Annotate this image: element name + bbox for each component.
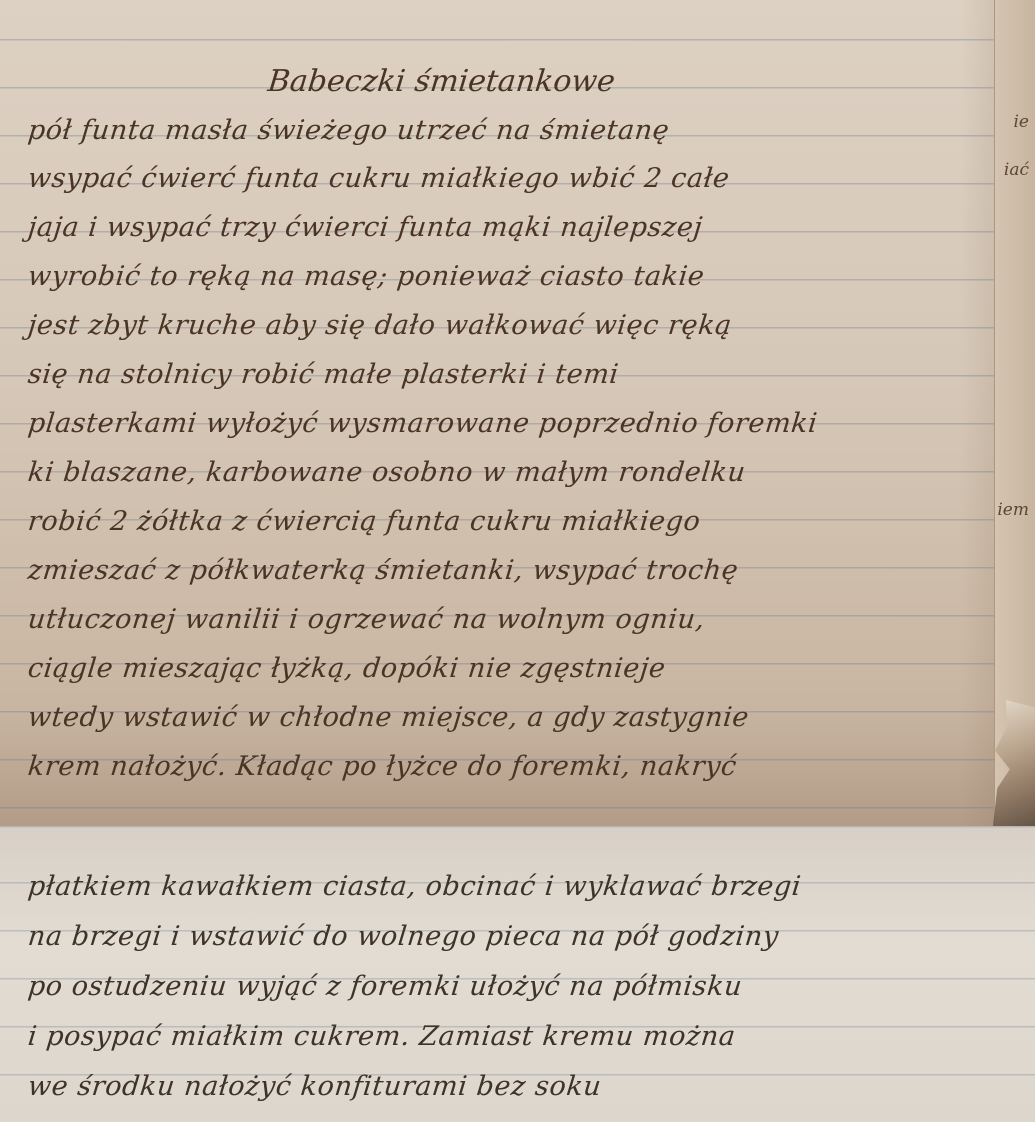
handwritten-line: plasterkami wyłożyć wysmarowane poprzedn…	[26, 408, 819, 439]
handwritten-line: jest zbyt kruche aby się dało wałkować w…	[26, 310, 733, 341]
margin-fragment: iem	[997, 500, 1029, 520]
handwritten-line: we środku nałożyć konfiturami bez soku	[26, 1071, 603, 1102]
handwritten-line: i posypać miałkim cukrem. Zamiast kremu …	[26, 1021, 737, 1052]
recipe-title: Babeczki śmietankowe	[266, 64, 617, 99]
notebook-page-photo-bottom: płatkiem kawałkiem ciasta, obcinać i wyk…	[0, 826, 1035, 1122]
handwritten-line: utłuczonej wanilii i ogrzewać na wolnym …	[26, 604, 706, 635]
handwritten-line: wsypać ćwierć funta cukru miałkiego wbić…	[26, 163, 731, 194]
handwritten-line: po ostudzeniu wyjąć z foremki ułożyć na …	[26, 971, 743, 1002]
handwritten-line: ki blaszane, karbowane osobno w małym ro…	[26, 457, 747, 488]
handwritten-line: na brzegi i wstawić do wolnego pieca na …	[26, 921, 780, 952]
margin-fragment: iać	[1004, 160, 1029, 180]
margin-fragment: ie	[1014, 112, 1030, 132]
handwritten-line: się na stolnicy robić małe plasterki i t…	[26, 359, 620, 390]
handwritten-line: wtedy wstawić w chłodne miejsce, a gdy z…	[26, 702, 750, 733]
handwritten-line: pół funta masła świeżego utrzeć na śmiet…	[26, 115, 671, 146]
handwritten-line: zmieszać z półkwaterką śmietanki, wsypać…	[26, 555, 740, 586]
handwritten-line: płatkiem kawałkiem ciasta, obcinać i wyk…	[26, 871, 802, 902]
notebook-page-photo-top: ie iać iem Babeczki śmietankowe pół funt…	[0, 0, 1035, 826]
handwritten-line: ciągle mieszając łyżką, dopóki nie zgęst…	[26, 653, 667, 684]
handwritten-line: robić 2 żółtka z ćwiercią funta cukru mi…	[26, 506, 702, 537]
adjacent-page-margin: ie iać iem	[994, 0, 1035, 826]
handwritten-line: krem nałożyć. Kładąc po łyżce do foremki…	[26, 751, 738, 782]
handwritten-line: jaja i wsypać trzy ćwierci funta mąki na…	[26, 212, 704, 243]
handwritten-line: wyrobić to ręką na masę; ponieważ ciasto…	[26, 261, 706, 292]
